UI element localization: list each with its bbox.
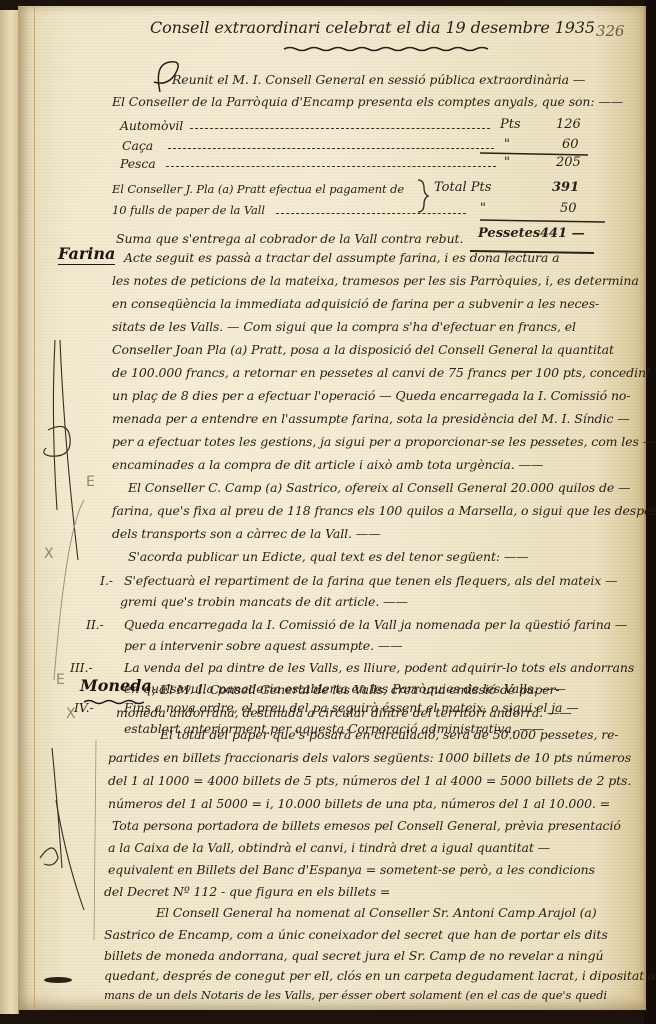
edict-numeral: III.- <box>70 660 93 675</box>
pencil-mark: E <box>86 474 95 490</box>
text-line: ; El M. I. Consell General de les Valls,… <box>152 682 560 697</box>
edict-line: Queda encarregada la I. Comissió de la V… <box>124 617 627 632</box>
total-label: Total Pts <box>434 180 491 195</box>
folio-number: 326 <box>596 22 624 40</box>
account-amount: 60 <box>562 137 579 152</box>
text-line: billets de moneda andorrana, qual secret… <box>104 948 603 963</box>
text-line: S'acorda publicar un Edicte, qual text e… <box>128 549 529 564</box>
text-line: El total del paper que's posarà en circu… <box>160 727 619 742</box>
text-line: Acte seguit es passà a tractar del assum… <box>124 250 560 265</box>
account-item: Automòvil <box>120 118 183 133</box>
leader-dashes <box>276 213 466 214</box>
sum-label: Pessetes <box>478 226 540 241</box>
edict-numeral: I.- <box>100 573 113 588</box>
account-currency: " <box>504 137 510 152</box>
text-line: Tota persona portadora de billets emesos… <box>112 818 621 833</box>
leader-dashes <box>166 166 496 167</box>
text-line: quedant, després de conegut per ell, cló… <box>104 968 655 983</box>
title-underline-icon <box>284 48 488 51</box>
edict-line: per a intervenir sobre aquest assumpte. … <box>124 638 403 653</box>
text-line: encaminades a la compra de dit article i… <box>112 457 543 472</box>
edict-line: La venda del pa dintre de les Valls, es … <box>124 660 634 675</box>
edict-numeral: IV.- <box>74 700 94 715</box>
edict-line: S'efectuarà el repartiment de la farina … <box>124 573 618 588</box>
extra-amount: 50 <box>560 201 577 216</box>
text-line: les notes de peticions de la mateixa, tr… <box>112 273 639 288</box>
account-amount: 205 <box>556 155 581 170</box>
margin-signature-2-icon <box>40 848 58 865</box>
account-amount: 126 <box>556 117 581 132</box>
text-line: menada per a entendre en l'assumpte fari… <box>112 411 630 426</box>
account-currency: " <box>504 155 510 170</box>
edict-numeral: II.- <box>86 617 104 632</box>
text-line: sitats de les Valls. — Com sigui que la … <box>112 319 576 334</box>
text-line: farina, que's fixa al preu de 118 francs… <box>112 503 656 518</box>
text-line: en conseqüència la immediata adquisició … <box>112 296 599 311</box>
text-line: del Decret Nº 112 - que figura en els bi… <box>104 884 390 899</box>
payment-line: El Conseller J. Pla (a) Pratt efectua el… <box>112 182 404 196</box>
text-line: de 100.000 francs, a retornar en pessete… <box>112 365 651 380</box>
opening-line: Reunit el M. I. Consell General en sessi… <box>172 72 585 87</box>
text-line: Conseller Joan Pla (a) Pratt, posa a la … <box>112 342 614 357</box>
text-line: dels transports son a càrrec de la Vall.… <box>112 526 381 541</box>
text-line: números del 1 al 5000 = i, 10.000 billet… <box>108 796 610 811</box>
pin-icon <box>44 977 72 983</box>
sum-amount: 441 — <box>540 226 585 241</box>
account-currency: Pts <box>500 117 521 132</box>
text-line: partides en billets fraccionaris dels va… <box>108 750 631 765</box>
total-amount: 391 <box>552 180 579 195</box>
text-line: a la Caixa de la Vall, obtindrà el canvi… <box>108 840 550 855</box>
brace-icon <box>418 180 428 212</box>
text-line: equivalent en Billets del Banc d'Espanya… <box>108 862 595 877</box>
text-line: del 1 al 1000 = 4000 billets de 5 pts, n… <box>108 773 631 788</box>
leader-dashes <box>168 148 494 149</box>
pencil-mark: X <box>66 706 76 722</box>
pencil-mark: X <box>44 546 54 562</box>
pencil-mark: E <box>56 672 65 688</box>
account-item: Caça <box>122 138 153 153</box>
payment-line: 10 fulls de paper de la Vall <box>112 203 265 217</box>
extra-currency: " <box>480 201 486 216</box>
text-line: mans de un dels Notaris de les Valls, pe… <box>104 988 607 1002</box>
account-item: Pesca <box>120 156 156 171</box>
text-line: per a efectuar totes les gestions, ja si… <box>112 434 655 449</box>
accounts-intro: El Conseller de la Parròquia d'Encamp pr… <box>112 94 623 109</box>
sum-line: Suma que s'entrega al cobrador de la Val… <box>116 231 463 246</box>
text-line: un plaç de 8 dies per a efectuar l'opera… <box>112 388 630 403</box>
text-line: El Conseller C. Camp (a) Sastrico, ofere… <box>128 480 630 495</box>
text-line: El Consell General ha nomenat al Consell… <box>156 905 597 920</box>
text-line: moneda andorrana, destinada a circular d… <box>116 705 572 720</box>
edict-line: gremi que's trobin mancats de dit articl… <box>120 594 408 609</box>
page-title: Consell extraordinari celebrat el dia 19… <box>150 18 595 37</box>
section-heading-moneda: Moneda <box>80 676 152 696</box>
section-heading-farina: Farina <box>58 244 115 265</box>
text-line: Sastrico de Encamp, com a únic coneixado… <box>104 927 608 942</box>
leader-dashes <box>190 128 490 129</box>
